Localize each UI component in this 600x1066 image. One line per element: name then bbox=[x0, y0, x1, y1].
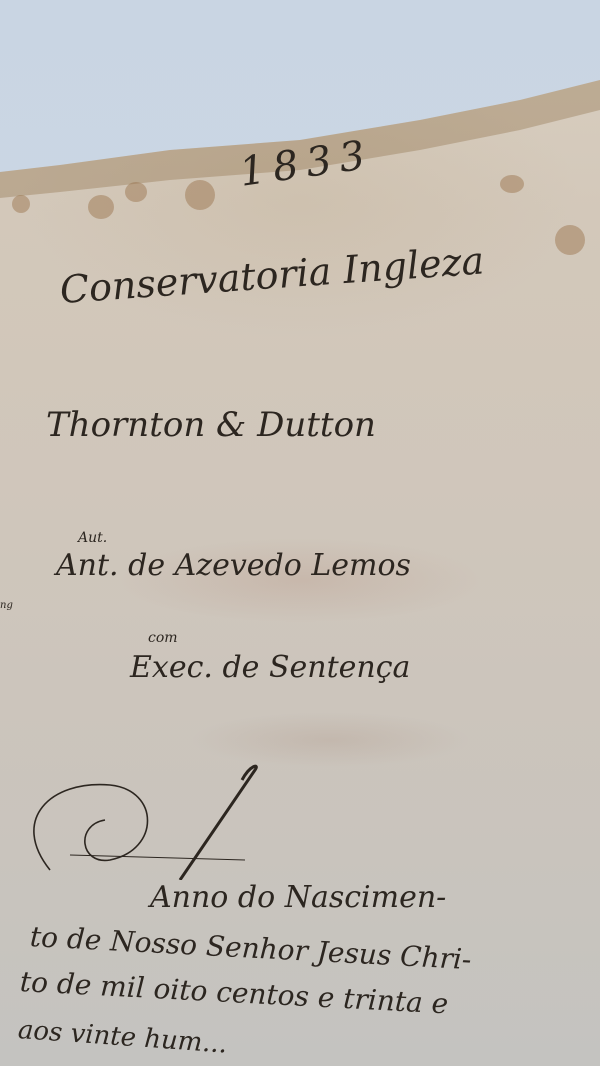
document-action: Exec. de Sentença bbox=[130, 650, 410, 685]
ink-stain bbox=[555, 225, 585, 255]
author-superscript: Aut. bbox=[78, 530, 107, 546]
ink-stain bbox=[88, 195, 114, 219]
ink-stain bbox=[12, 195, 30, 213]
action-superscript: com bbox=[148, 630, 178, 646]
document-author: Ant. de Azevedo Lemos bbox=[56, 548, 411, 583]
ink-stain bbox=[185, 180, 215, 210]
body-line: Anno do Nascimen- bbox=[150, 880, 446, 915]
decorative-flourish-icon bbox=[10, 760, 290, 880]
document-parties: Thornton & Dutton bbox=[46, 405, 376, 445]
margin-note: ng bbox=[0, 600, 13, 611]
ink-stain bbox=[125, 182, 147, 202]
ink-stain bbox=[500, 175, 524, 193]
